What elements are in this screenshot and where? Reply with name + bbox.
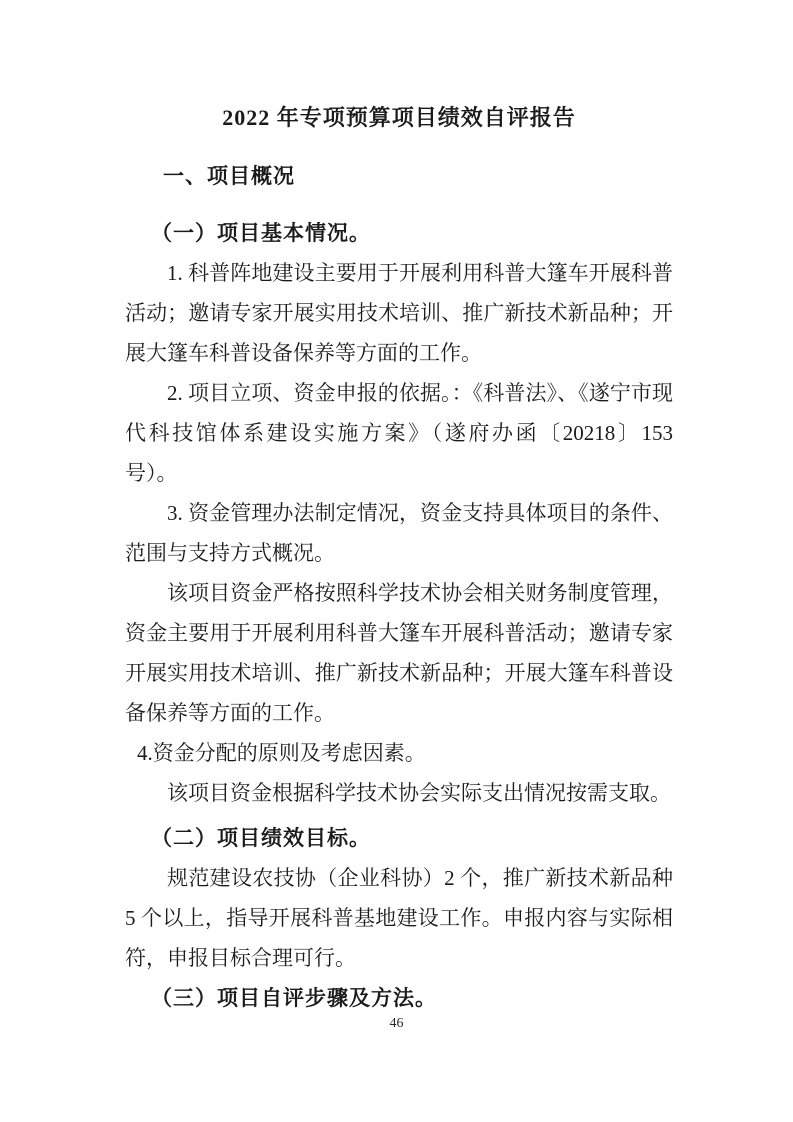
heading-basic-situation: （一）项目基本情况。 bbox=[125, 213, 673, 253]
document-title: 2022 年专项预算项目绩效自评报告 bbox=[125, 98, 673, 138]
paragraph-fund-allocation: 该项目资金根据科学技术协会实际支出情况按需支取。 bbox=[125, 773, 673, 813]
paragraph-fund-management: 该项目资金严格按照科学技术协会相关财务制度管理，资金主要用于开展利用科普大篷车开… bbox=[125, 573, 673, 733]
paragraph-item-2: 2. 项目立项、资金申报的依据。：《科普法》、《遂宁市现代科技馆体系建设实施方案… bbox=[125, 373, 673, 493]
paragraph-goals-detail: 规范建设农技协（企业科协）2 个，推广新技术新品种 5 个以上，指导开展科普基地… bbox=[125, 858, 673, 978]
heading-performance-goals: （二）项目绩效目标。 bbox=[125, 818, 673, 858]
paragraph-item-3: 3. 资金管理办法制定情况，资金支持具体项目的条件、范围与支持方式概况。 bbox=[125, 493, 673, 573]
document-page: 2022 年专项预算项目绩效自评报告 一、项目概况 （一）项目基本情况。 1. … bbox=[0, 0, 793, 1122]
heading-project-overview: 一、项目概况 bbox=[125, 156, 673, 196]
page-number: 46 bbox=[0, 1016, 793, 1032]
document-body: 2022 年专项预算项目绩效自评报告 一、项目概况 （一）项目基本情况。 1. … bbox=[125, 98, 673, 1018]
heading-self-evaluation-method: （三）项目自评步骤及方法。 bbox=[125, 978, 673, 1018]
paragraph-item-1: 1. 科普阵地建设主要用于开展利用科普大篷车开展科普活动；邀请专家开展实用技术培… bbox=[125, 253, 673, 373]
paragraph-item-4: 4.资金分配的原则及考虑因素。 bbox=[125, 733, 673, 773]
